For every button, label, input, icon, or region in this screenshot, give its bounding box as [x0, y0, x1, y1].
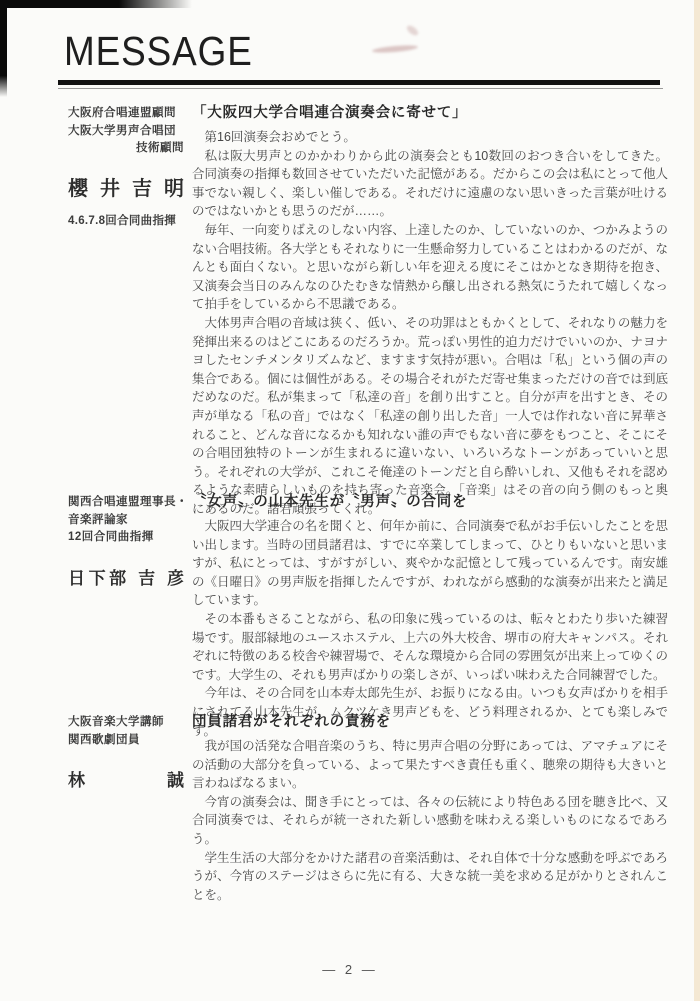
author-title: 関西歌劇団員	[68, 732, 184, 750]
paragraph: 大体男声合唱の音域は狭く、低い、その功罪はともかくとして、それなりの魅力を発揮出…	[192, 314, 668, 519]
author-block: 関西合唱連盟理事長・ 音楽評論家 12回合同曲指揮 日下部 吉 彦	[60, 492, 192, 589]
message-section-hayashi: 大阪音楽大学講師 関西歌劇団員 林 誠 団員諸君がそれぞれの責務を 我が国の活発…	[60, 712, 668, 904]
header-rule-thin	[58, 88, 663, 89]
author-block: 大阪音楽大学講師 関西歌劇団員 林 誠	[60, 712, 192, 791]
paragraph: 第16回演奏会おめでとう。	[192, 128, 668, 147]
author-name: 林 誠	[68, 766, 184, 791]
scanned-program-page: { "page": { "title": "MESSAGE", "number"…	[0, 0, 700, 1001]
author-title: 12回合同曲指揮	[68, 529, 184, 547]
page-number: — 2 —	[0, 962, 700, 977]
author-title: 音楽評論家	[68, 512, 184, 530]
scan-edge-right	[694, 0, 700, 1001]
author-title: 技術顧問	[68, 140, 184, 158]
paragraph: その本番もさることながら、私の印象に残っているのは、転々とわたり歩いた練習場です…	[192, 610, 668, 684]
paragraph: 大阪四大学連合の名を聞くと、何年か前に、合同演奏で私がお手伝いしたことを思い出し…	[192, 517, 668, 610]
section-heading: 〝女声〟の山本先生が〝男声〟の合同を	[192, 492, 668, 512]
author-title: 大阪音楽大学講師	[68, 714, 184, 732]
message-body: 「大阪四大学合唱連合演奏会に寄せて」 第16回演奏会おめでとう。 私は阪大男声と…	[192, 103, 668, 518]
message-body: 団員諸君がそれぞれの責務を 我が国の活発な合唱音楽のうち、特に男声合唱の分野にあ…	[192, 712, 668, 904]
author-block: 大阪府合唱連盟顧問 大阪大学男声合唱団 技術顧問 櫻 井 吉 明 4.6.7.8…	[60, 103, 192, 228]
paragraph: 今宵の演奏会は、聞き手にとっては、各々の伝統により特色ある団を聴き比べ、又合同演…	[192, 793, 668, 849]
author-note: 4.6.7.8回合同曲指揮	[68, 212, 184, 228]
message-section-kusakabe: 関西合唱連盟理事長・ 音楽評論家 12回合同曲指揮 日下部 吉 彦 〝女声〟の山…	[60, 492, 668, 740]
scan-edge-top	[0, 0, 192, 8]
section-heading: 団員諸君がそれぞれの責務を	[192, 712, 668, 732]
paragraph: 学生生活の大部分をかけた諸君の音楽活動は、それ自体で十分な感動を呼ぶであろうが、…	[192, 849, 668, 905]
page-title: MESSAGE	[64, 31, 253, 72]
scan-edge-left	[0, 0, 7, 97]
author-title: 大阪大学男声合唱団	[68, 123, 184, 141]
paragraph: 我が国の活発な合唱音楽のうち、特に男声合唱の分野にあっては、アマチュアにその活動…	[192, 737, 668, 793]
author-title: 関西合唱連盟理事長・	[68, 494, 184, 512]
paragraph: 毎年、一向変りばえのしない内容、上達したのか、していないのか、つかみようのない合…	[192, 221, 668, 314]
author-name: 櫻 井 吉 明	[68, 172, 184, 201]
paragraph: 私は阪大男声とのかかわりから此の演奏会とも10数回のおつき合いをしてきた。合同演…	[192, 147, 668, 221]
message-body: 〝女声〟の山本先生が〝男声〟の合同を 大阪四大学連合の名を聞くと、何年か前に、合…	[192, 492, 668, 740]
author-name: 日下部 吉 彦	[68, 564, 184, 589]
message-section-sakurai: 大阪府合唱連盟顧問 大阪大学男声合唱団 技術顧問 櫻 井 吉 明 4.6.7.8…	[60, 103, 668, 518]
header-rule	[58, 80, 660, 85]
ink-smudge	[372, 44, 418, 54]
ink-smudge	[405, 24, 420, 38]
section-heading: 「大阪四大学合唱連合演奏会に寄せて」	[192, 103, 668, 123]
author-title: 大阪府合唱連盟顧問	[68, 105, 184, 123]
